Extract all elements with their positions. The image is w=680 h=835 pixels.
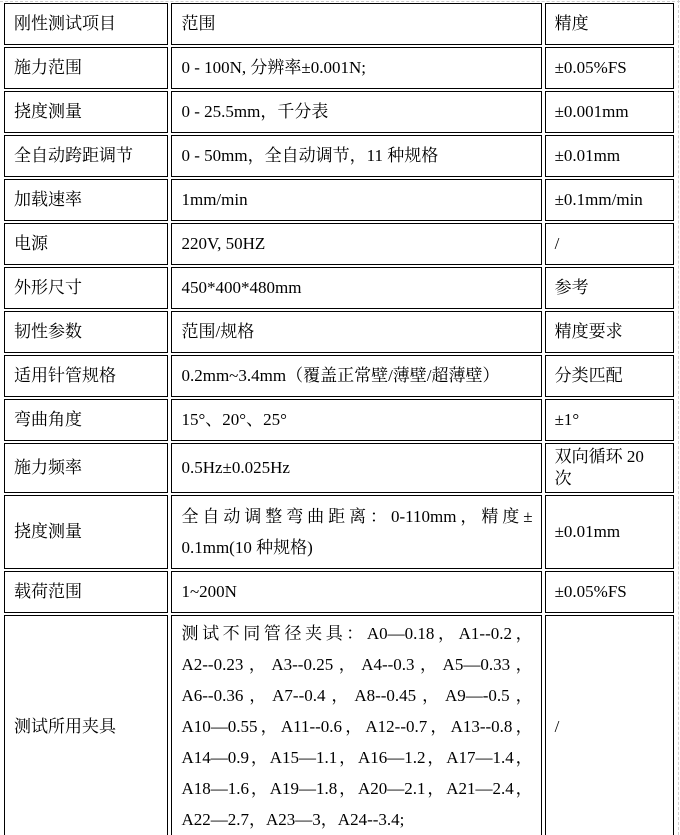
item-cell: 施力频率 [4,443,168,493]
range-cell: 1~200N [171,571,541,613]
range-cell: 0 - 25.5mm，千分表 [171,91,541,133]
item-cell: 施力范围 [4,47,168,89]
range-cell: 15°、20°、25° [171,399,541,441]
precision-cell: ±0.05%FS [545,571,674,613]
page-guide-line-top [0,1,680,2]
table-row: 施力频率0.5Hz±0.025Hz双向循环 20 次 [4,443,674,493]
precision-cell: 精度要求 [545,311,674,353]
range-cell-line: 0.1mm(10 种规格) [181,532,532,563]
range-cell-line: A2--0.23，A3--0.25，A4--0.3，A5—0.33， [181,649,532,680]
spec-table: 刚性测试项目范围精度施力范围0 - 100N, 分辨率±0.001N;±0.05… [1,1,677,835]
item-cell: 弯曲角度 [4,399,168,441]
table-row: 挠度测量0 - 25.5mm，千分表±0.001mm [4,91,674,133]
table-row: 测试所用夹具测试不同管径夹具：A0—0.18，A1--0.2，A2--0.23，… [4,615,674,835]
range-cell: 220V, 50HZ [171,223,541,265]
item-cell: 测试所用夹具 [4,615,168,835]
column-header-range: 范围 [171,3,541,45]
table-row: 加载速率1mm/min±0.1mm/min [4,179,674,221]
range-cell-line: A14—0.9，A15—1.1，A16—1.2，A17—1.4， [181,742,532,773]
precision-cell: ±0.001mm [545,91,674,133]
column-header-item: 刚性测试项目 [4,3,168,45]
table-row: 外形尺寸450*400*480mm参考 [4,267,674,309]
table-row: 全自动跨距调节0 - 50mm，全自动调节，11 种规格±0.01mm [4,135,674,177]
precision-cell: 双向循环 20 次 [545,443,674,493]
range-cell: 全自动调整弯曲距离：0-110mm，精度±0.1mm(10 种规格) [171,495,541,569]
spec-table-body: 刚性测试项目范围精度施力范围0 - 100N, 分辨率±0.001N;±0.05… [4,3,674,835]
table-row: 韧性参数范围/规格精度要求 [4,311,674,353]
item-cell: 适用针管规格 [4,355,168,397]
precision-cell: 参考 [545,267,674,309]
precision-cell: ±0.1mm/min [545,179,674,221]
precision-cell: ±0.01mm [545,495,674,569]
precision-cell: ±0.05%FS [545,47,674,89]
table-row: 适用针管规格0.2mm~3.4mm（覆盖正常壁/薄壁/超薄壁）分类匹配 [4,355,674,397]
precision-cell: 分类匹配 [545,355,674,397]
precision-cell: ±1° [545,399,674,441]
item-cell: 外形尺寸 [4,267,168,309]
column-header-precision: 精度 [545,3,674,45]
header-row: 刚性测试项目范围精度 [4,3,674,45]
range-cell: 0.2mm~3.4mm（覆盖正常壁/薄壁/超薄壁） [171,355,541,397]
range-cell-line: A22—2.7，A23—3，A24--3.4; [181,804,532,835]
table-row: 电源220V, 50HZ/ [4,223,674,265]
precision-cell: / [545,615,674,835]
precision-cell: / [545,223,674,265]
range-cell-line: A18—1.6，A19—1.8，A20—2.1，A21—2.4， [181,773,532,804]
range-cell-line: A6--0.36，A7--0.4，A8--0.45，A9—-0.5， [181,680,532,711]
range-cell: 450*400*480mm [171,267,541,309]
table-row: 弯曲角度15°、20°、25°±1° [4,399,674,441]
item-cell: 载荷范围 [4,571,168,613]
range-cell: 0 - 50mm，全自动调节，11 种规格 [171,135,541,177]
precision-cell: ±0.01mm [545,135,674,177]
item-cell: 加载速率 [4,179,168,221]
range-cell: 测试不同管径夹具：A0—0.18，A1--0.2，A2--0.23，A3--0.… [171,615,541,835]
item-cell: 韧性参数 [4,311,168,353]
item-cell: 全自动跨距调节 [4,135,168,177]
range-cell-line: A10—0.55，A11--0.6，A12--0.7，A13--0.8， [181,711,532,742]
table-row: 载荷范围1~200N±0.05%FS [4,571,674,613]
range-cell-line: 测试不同管径夹具：A0—0.18，A1--0.2， [181,618,532,649]
page-guide-line-right [678,0,679,835]
range-cell: 1mm/min [171,179,541,221]
item-cell: 挠度测量 [4,495,168,569]
range-cell: 范围/规格 [171,311,541,353]
range-cell: 0 - 100N, 分辨率±0.001N; [171,47,541,89]
item-cell: 电源 [4,223,168,265]
item-cell: 挠度测量 [4,91,168,133]
range-cell-line: 全自动调整弯曲距离：0-110mm，精度± [181,501,532,532]
range-cell: 0.5Hz±0.025Hz [171,443,541,493]
table-row: 挠度测量全自动调整弯曲距离：0-110mm，精度±0.1mm(10 种规格)±0… [4,495,674,569]
table-row: 施力范围0 - 100N, 分辨率±0.001N;±0.05%FS [4,47,674,89]
